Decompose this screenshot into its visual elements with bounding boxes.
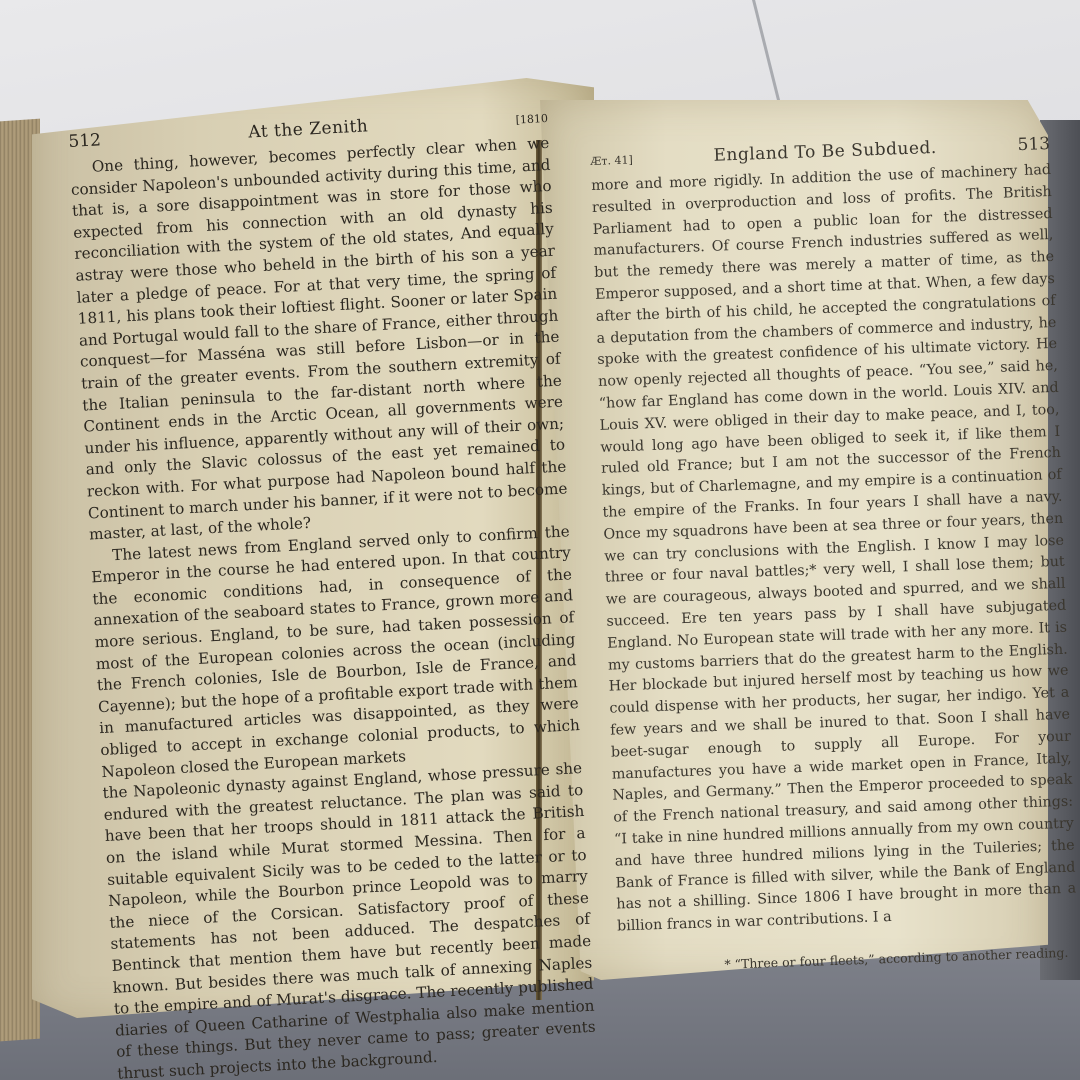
right-page-number: 513 <box>1017 134 1050 155</box>
right-age-marker: Æт. 41] <box>590 154 633 168</box>
left-year-marker: [1810 <box>515 112 548 127</box>
right-paragraph: more and more rigidly. In addition the u… <box>591 160 1077 938</box>
left-page-content: 512 At the Zenith [1810 One thing, howev… <box>68 107 597 1080</box>
left-paragraph: the Napoleonic dynasty against England, … <box>102 758 597 1080</box>
left-paragraph: One thing, however, becomes perfectly cl… <box>69 133 569 546</box>
left-page-number: 512 <box>68 130 101 152</box>
left-paragraph: The latest news from England served only… <box>90 521 582 783</box>
right-page-content: Æт. 41] England To Be Subdued. 513 more … <box>590 134 1079 975</box>
